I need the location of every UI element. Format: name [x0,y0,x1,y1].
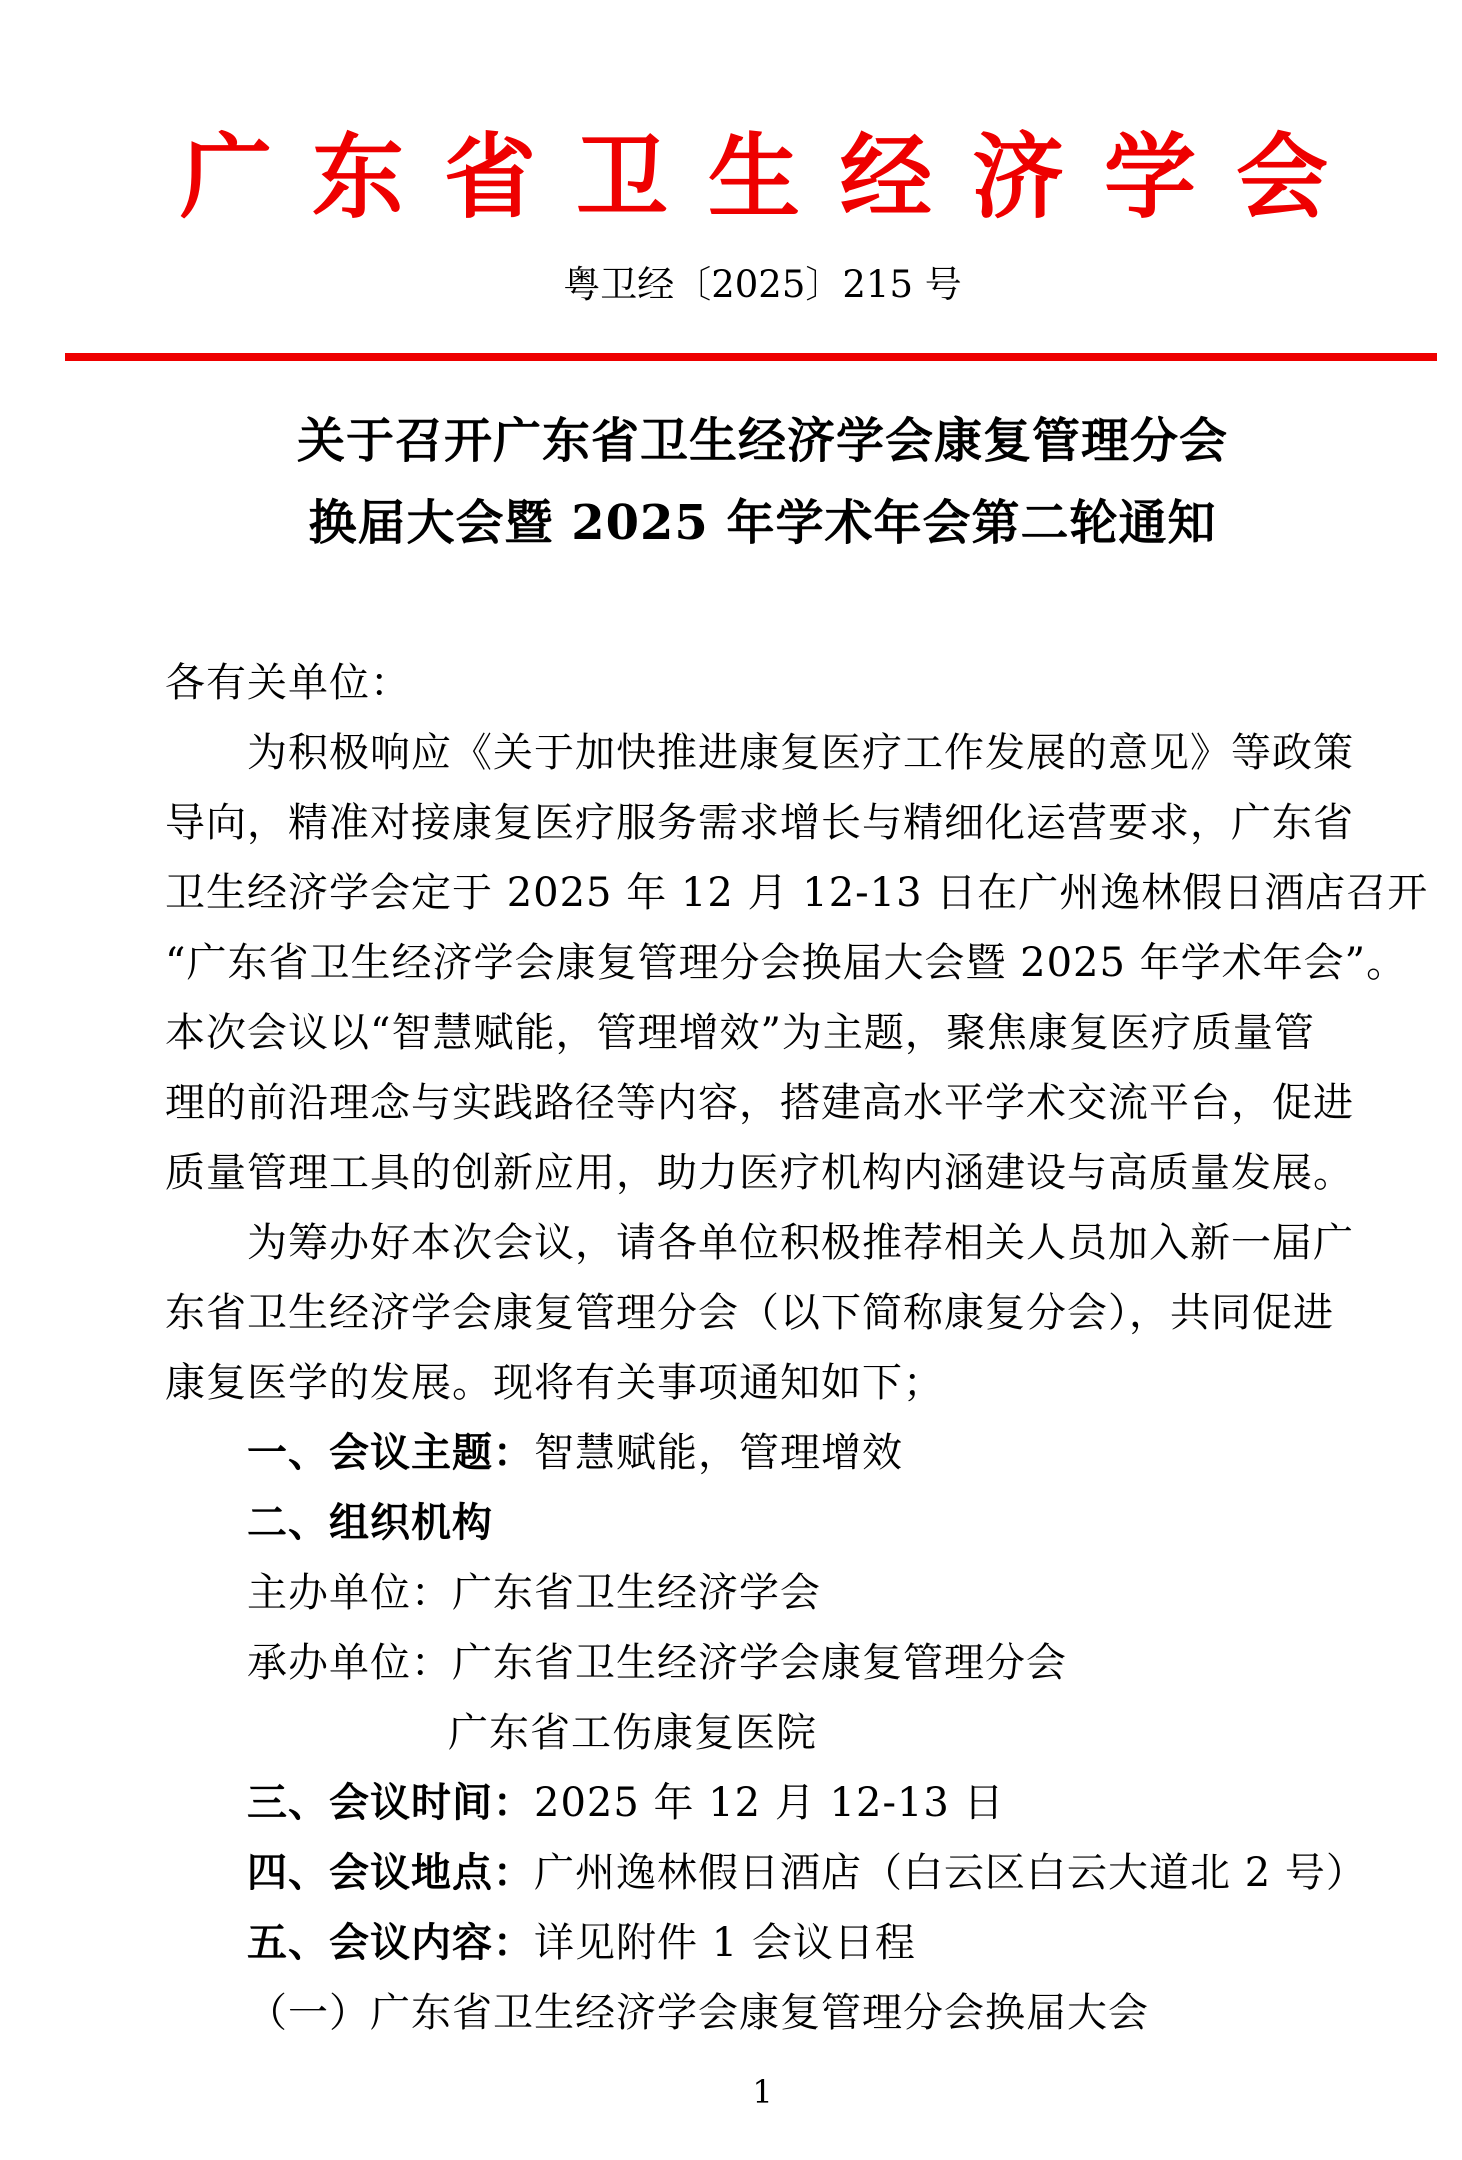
body-line-text: 康复医学的发展。现将有关事项通知如下； [165,1360,944,1406]
body-line: 一、会议主题：智慧赋能，管理增效 [165,1418,1375,1488]
body-line-text: 导向，精准对接康复医疗服务需求增长与精细化运营要求，广东省 [165,800,1354,846]
body-line-text: 智慧赋能，管理增效 [534,1430,903,1476]
body-line: 四、会议地点：广州逸林假日酒店（白云区白云大道北 2 号） [165,1838,1375,1908]
notice-body: 各有关单位： 为积极响应《关于加快推进康复医疗工作发展的意见》等政策 导向，精准… [165,648,1375,2048]
page-number: 1 [165,2072,1360,2112]
notice-title-line-1: 关于召开广东省卫生经济学会康复管理分会 [165,400,1360,482]
body-line-heading: 二、组织机构 [247,1499,493,1546]
body-line-heading: 一、会议主题： [247,1429,534,1476]
body-line-heading: 五、会议内容： [247,1919,534,1966]
body-line-heading: 四、会议地点： [247,1849,534,1896]
body-line: 为积极响应《关于加快推进康复医疗工作发展的意见》等政策 [165,718,1375,788]
body-line-heading: 三、会议时间： [247,1779,534,1826]
body-line-text: 东省卫生经济学会康复管理分会（以下简称康复分会），共同促进 [165,1290,1334,1336]
body-line-text: 承办单位：广东省卫生经济学会康复管理分会 [247,1640,1067,1686]
body-line-text: “广东省卫生经济学会康复管理分会换届大会暨 2025 年学术年会”。 [165,940,1407,986]
body-line: 承办单位：广东省卫生经济学会康复管理分会 [165,1628,1375,1698]
organization-name-header: 广东省卫生经济学会 [140,120,1360,235]
body-line-text: 为积极响应《关于加快推进康复医疗工作发展的意见》等政策 [247,730,1354,776]
body-line-text: 详见附件 1 会议日程 [534,1920,916,1966]
body-line: “广东省卫生经济学会康复管理分会换届大会暨 2025 年学术年会”。 [165,928,1375,998]
body-line: 二、组织机构 [165,1488,1375,1558]
body-line-text: 广州逸林假日酒店（白云区白云大道北 2 号） [534,1850,1367,1896]
body-line-text: 主办单位：广东省卫生经济学会 [247,1570,821,1616]
body-line: 本次会议以“智慧赋能，管理增效”为主题，聚焦康复医疗质量管 [165,998,1375,1068]
body-line: 康复医学的发展。现将有关事项通知如下； [165,1348,1375,1418]
body-line: 导向，精准对接康复医疗服务需求增长与精细化运营要求，广东省 [165,788,1375,858]
body-line-text: 质量管理工具的创新应用，助力医疗机构内涵建设与高质量发展。 [165,1150,1354,1196]
red-separator-line [65,353,1437,361]
body-line-text: 理的前沿理念与实践路径等内容，搭建高水平学术交流平台，促进 [165,1080,1354,1126]
body-line: 主办单位：广东省卫生经济学会 [165,1558,1375,1628]
notice-title-line-2: 换届大会暨 2025 年学术年会第二轮通知 [165,482,1360,564]
body-line-text: 广东省工伤康复医院 [448,1710,817,1756]
notice-title: 关于召开广东省卫生经济学会康复管理分会 换届大会暨 2025 年学术年会第二轮通… [165,400,1360,564]
body-line-text: 卫生经济学会定于 2025 年 12 月 12-13 日在广州逸林假日酒店召开 [165,870,1428,916]
body-line: 质量管理工具的创新应用，助力医疗机构内涵建设与高质量发展。 [165,1138,1375,1208]
body-line: （一）广东省卫生经济学会康复管理分会换届大会 [165,1978,1375,2048]
body-line: 广东省工伤康复医院 [165,1698,1375,1768]
body-line: 各有关单位： [165,648,1375,718]
body-line: 理的前沿理念与实践路径等内容，搭建高水平学术交流平台，促进 [165,1068,1375,1138]
body-line-text: 2025 年 12 月 12-13 日 [534,1780,1005,1826]
body-line: 五、会议内容：详见附件 1 会议日程 [165,1908,1375,1978]
body-line-text: （一）广东省卫生经济学会康复管理分会换届大会 [247,1990,1149,2036]
body-line: 三、会议时间：2025 年 12 月 12-13 日 [165,1768,1375,1838]
body-line: 东省卫生经济学会康复管理分会（以下简称康复分会），共同促进 [165,1278,1375,1348]
document-number: 粤卫经〔2025〕215 号 [165,262,1360,308]
body-line: 卫生经济学会定于 2025 年 12 月 12-13 日在广州逸林假日酒店召开 [165,858,1375,928]
body-line-text: 各有关单位： [165,660,411,706]
body-line-text: 为筹办好本次会议，请各单位积极推荐相关人员加入新一届广 [247,1220,1354,1266]
body-line: 为筹办好本次会议，请各单位积极推荐相关人员加入新一届广 [165,1208,1375,1278]
body-line-text: 本次会议以“智慧赋能，管理增效”为主题，聚焦康复医疗质量管 [165,1010,1315,1056]
notice-document-page: 广东省卫生经济学会 粤卫经〔2025〕215 号 关于召开广东省卫生经济学会康复… [0,0,1462,2160]
